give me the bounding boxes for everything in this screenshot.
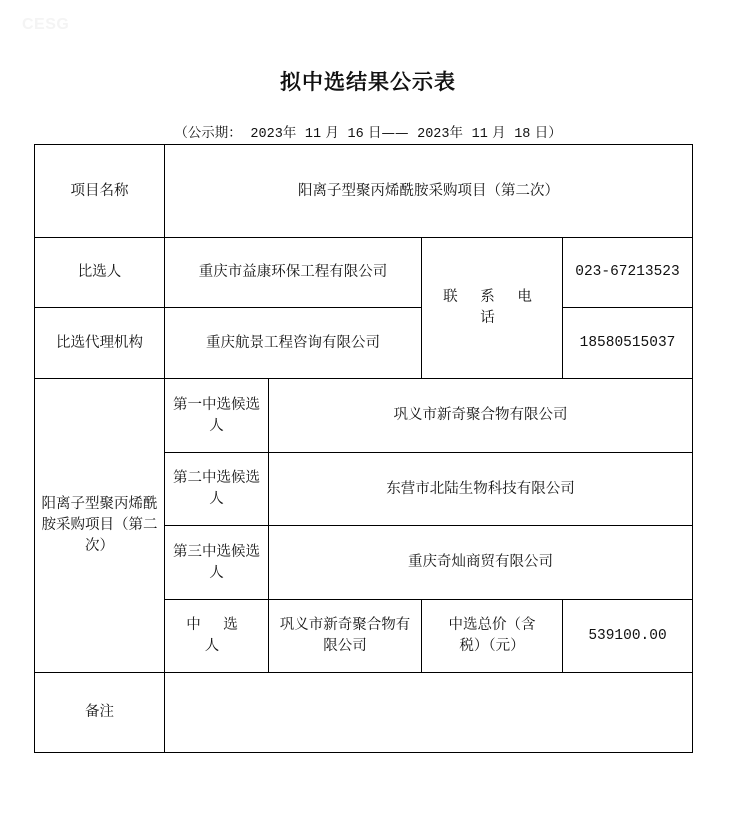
agency-value: 重庆航景工程咨询有限公司 [165, 308, 422, 379]
day-char: 日 [535, 125, 549, 141]
winner-label: 中 选 人 [165, 600, 269, 673]
month-char: 月 [325, 125, 339, 141]
total-price-label: 中选总价（含税）（元） [422, 600, 563, 673]
candidate-rank-label: 第三中选候选人 [165, 526, 269, 600]
period-start-day: 16 [348, 127, 364, 142]
remarks-label: 备注 [35, 673, 165, 753]
year-char: 年 [450, 125, 464, 141]
agency-phone: 18580515037 [563, 308, 693, 379]
candidate-rank-label: 第一中选候选人 [165, 379, 269, 453]
period-end-month: 11 [472, 127, 488, 142]
result-table: 项目名称 阳离子型聚丙烯酰胺采购项目（第二次） 比选人 重庆市益康环保工程有限公… [34, 144, 693, 753]
row-agency: 比选代理机构 重庆航景工程咨询有限公司 18580515037 [35, 308, 693, 379]
winner-value: 巩义市新奇聚合物有限公司 [269, 600, 422, 673]
period-separator: —— [382, 125, 409, 141]
project-name-value: 阳离子型聚丙烯酰胺采购项目（第二次） [165, 145, 693, 238]
candidate-company: 巩义市新奇聚合物有限公司 [269, 379, 693, 453]
year-char: 年 [283, 125, 297, 141]
remarks-value [165, 673, 693, 753]
candidate-rank-label: 第二中选候选人 [165, 453, 269, 526]
candidate-company: 重庆奇灿商贸有限公司 [269, 526, 693, 600]
period-start-year: 2023 [250, 127, 282, 142]
month-char: 月 [492, 125, 506, 141]
period-end-year: 2023 [417, 127, 449, 142]
period-prefix: （公示期： [174, 125, 242, 141]
contact-phone-label: 联 系 电 话 [422, 238, 563, 379]
total-price-value: 539100.00 [563, 600, 693, 673]
row-candidate-1: 阳离子型聚丙烯酰胺采购项目（第二次） 第一中选候选人 巩义市新奇聚合物有限公司 [35, 379, 693, 453]
day-char: 日 [368, 125, 382, 141]
candidate-company: 东营市北陆生物科技有限公司 [269, 453, 693, 526]
period-end-day: 18 [514, 127, 530, 142]
lot-label: 阳离子型聚丙烯酰胺采购项目（第二次） [35, 379, 165, 673]
row-remarks: 备注 [35, 673, 693, 753]
row-project-name: 项目名称 阳离子型聚丙烯酰胺采购项目（第二次） [35, 145, 693, 238]
purchaser-label: 比选人 [35, 238, 165, 308]
agency-label: 比选代理机构 [35, 308, 165, 379]
period-suffix: ） [548, 125, 562, 141]
publicity-period: （公示期： 2023年 11 月 16 日—— 2023年 11 月 18 日） [0, 121, 736, 142]
row-purchaser: 比选人 重庆市益康环保工程有限公司 联 系 电 话 023-67213523 [35, 238, 693, 308]
purchaser-phone: 023-67213523 [563, 238, 693, 308]
period-start-month: 11 [305, 127, 321, 142]
purchaser-value: 重庆市益康环保工程有限公司 [165, 238, 422, 308]
project-name-label: 项目名称 [35, 145, 165, 238]
watermark-logo: CESG [22, 16, 69, 34]
document-title: 拟中选结果公示表 [0, 66, 736, 96]
